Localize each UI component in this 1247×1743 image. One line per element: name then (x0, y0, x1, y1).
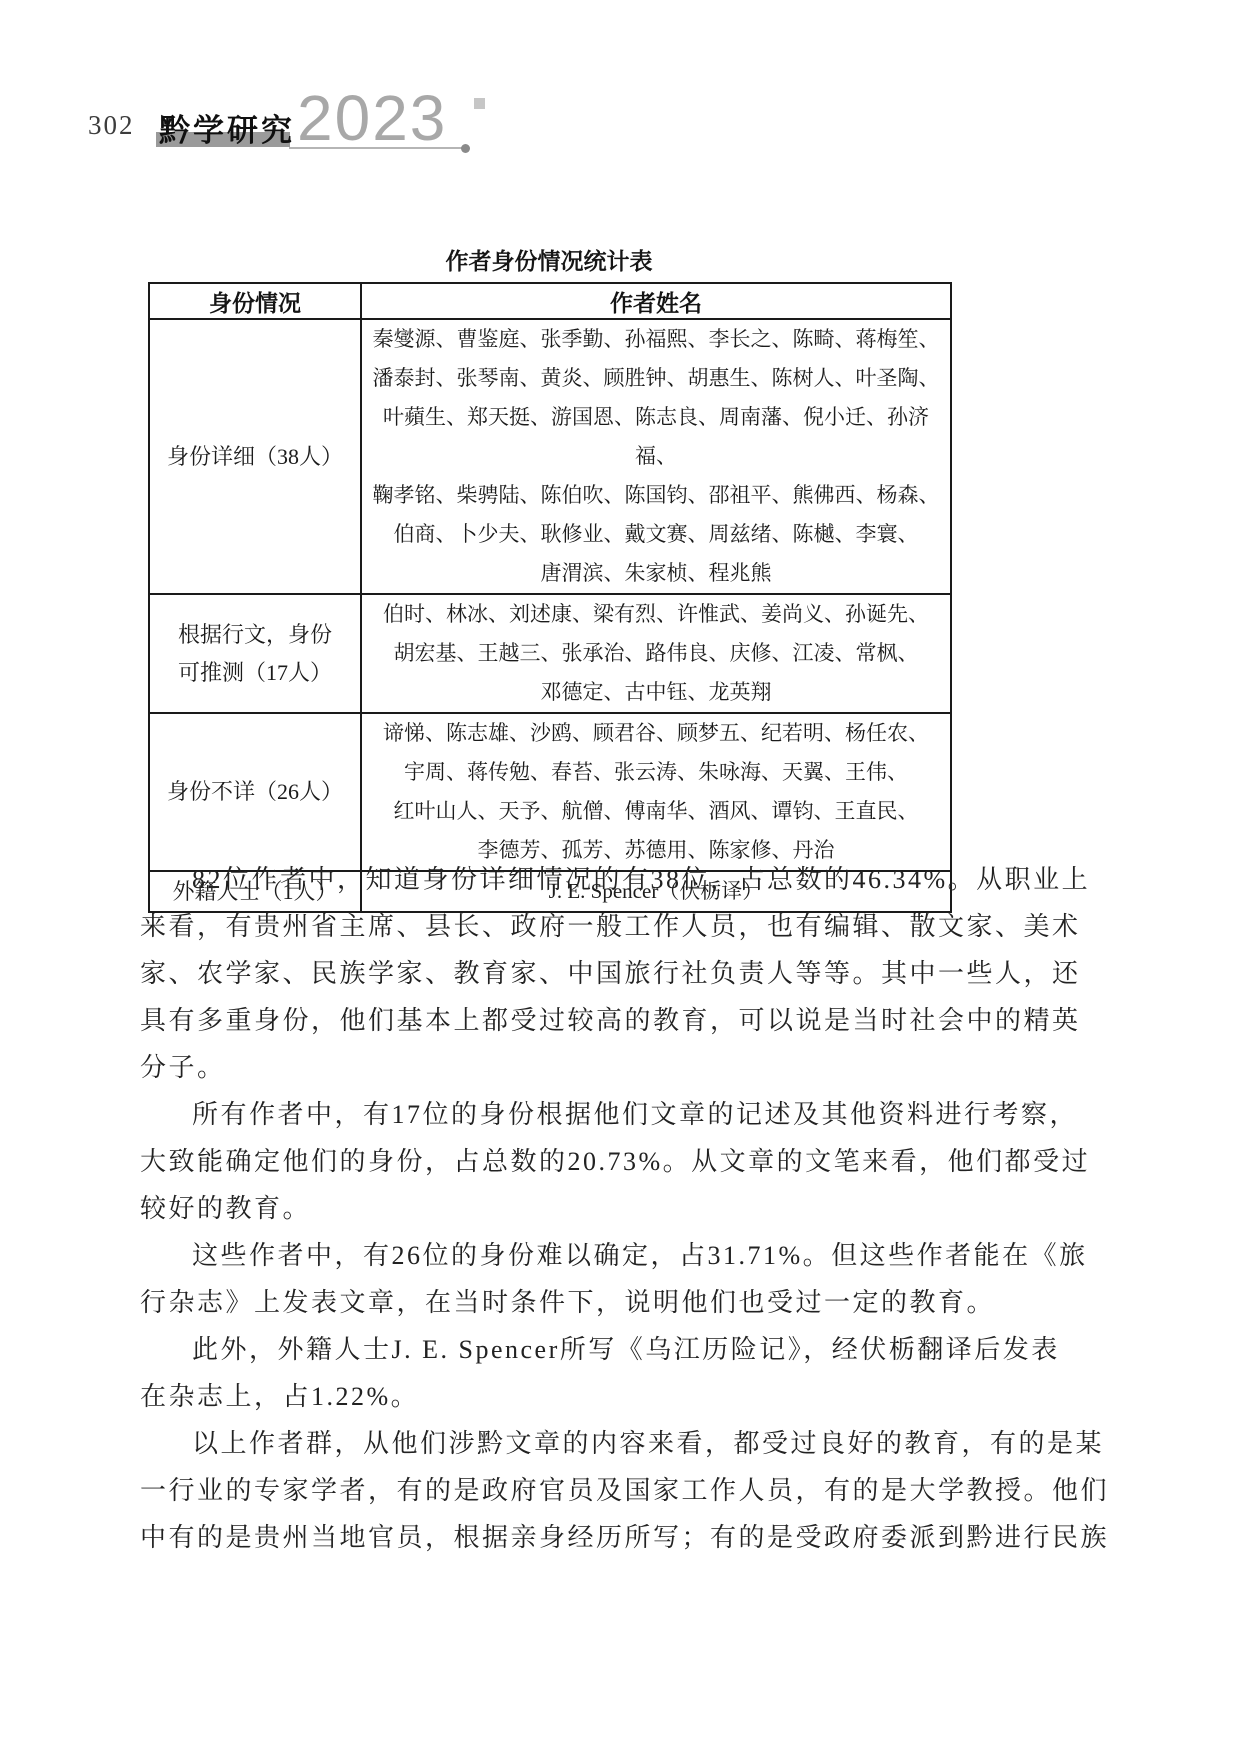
names-cell: 秦燮源、曹鉴庭、张季勤、孙福熙、李长之、陈畸、蒋梅笙、 潘泰封、张琴南、黄炎、顾… (361, 319, 951, 594)
body-text: 82位作者中，知道身份详细情况的有38位，占总数的46.34%。从职业上 来看，… (140, 856, 1115, 1561)
year-label: 2023 (297, 86, 447, 150)
column-header-names: 作者姓名 (361, 283, 951, 319)
column-header-identity: 身份情况 (149, 283, 361, 319)
paragraph: 82位作者中，知道身份详细情况的有38位，占总数的46.34%。从职业上 来看，… (140, 856, 1115, 1091)
paragraph: 所有作者中，有17位的身份根据他们文章的记述及其他资料进行考察， 大致能确定他们… (140, 1091, 1115, 1232)
header-deco-square-icon (474, 98, 485, 109)
table-title: 作者身份情况统计表 (148, 243, 950, 276)
header-rule (289, 147, 467, 149)
names-cell: 谛悌、陈志雄、沙鸥、顾君谷、顾梦五、纪若明、杨任农、 宇周、蒋传勉、春苔、张云涛… (361, 713, 951, 871)
table-header-row: 身份情况 作者姓名 (149, 283, 951, 319)
category-cell: 身份详细（38人） (149, 319, 361, 594)
document-page: 302 黔学研究 2023 作者身份情况统计表 身份情况 作者姓名 身份详细（3… (0, 0, 1247, 1743)
header-rule-dot-icon (461, 144, 470, 153)
names-cell: 伯时、林冰、刘述康、梁有烈、许惟武、姜尚义、孙诞先、 胡宏基、王越三、张承治、路… (361, 594, 951, 713)
paragraph: 这些作者中，有26位的身份难以确定，占31.71%。但这些作者能在《旅 行杂志》… (140, 1232, 1115, 1326)
table-row: 根据行文，身份 可推测（17人） 伯时、林冰、刘述康、梁有烈、许惟武、姜尚义、孙… (149, 594, 951, 713)
category-cell: 根据行文，身份 可推测（17人） (149, 594, 361, 713)
paragraph: 以上作者群，从他们涉黔文章的内容来看，都受过良好的教育，有的是某 一行业的专家学… (140, 1420, 1115, 1561)
category-cell: 身份不详（26人） (149, 713, 361, 871)
paragraph: 此外，外籍人士J. E. Spencer所写《乌江历险记》，经伏栃翻译后发表 在… (140, 1326, 1115, 1420)
table-row: 身份不详（26人） 谛悌、陈志雄、沙鸥、顾君谷、顾梦五、纪若明、杨任农、 宇周、… (149, 713, 951, 871)
journal-title: 黔学研究 (159, 105, 295, 150)
table-row: 身份详细（38人） 秦燮源、曹鉴庭、张季勤、孙福熙、李长之、陈畸、蒋梅笙、 潘泰… (149, 319, 951, 594)
authors-identity-table: 身份情况 作者姓名 身份详细（38人） 秦燮源、曹鉴庭、张季勤、孙福熙、李长之、… (148, 282, 952, 913)
page-number: 302 (88, 110, 135, 141)
